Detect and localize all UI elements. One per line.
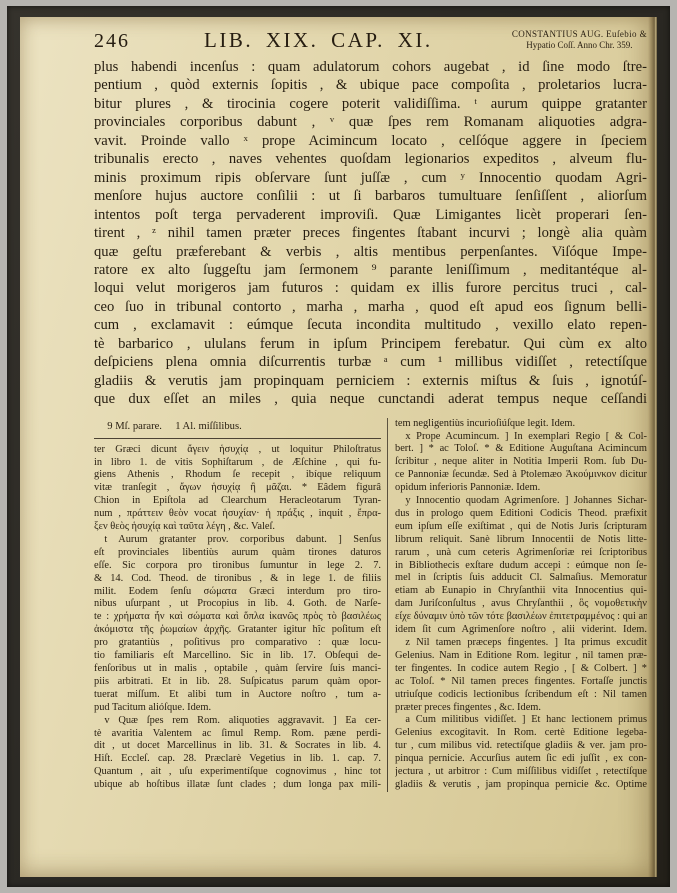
text-line: tio familiaris eſt Marcellino. Sic in li… — [94, 650, 381, 663]
text-line: gladiis & verutis , jam propinqua pernic… — [395, 779, 647, 792]
text-line: ter fingentes. In codice autem Regio , [… — [395, 663, 647, 676]
text-line: dus in prologo quem Editioni Codicis The… — [395, 508, 647, 521]
text-line: vavit. Proinde vallo ˣ prope Acimincum l… — [94, 132, 647, 150]
text-line: tem negligentiùs incurioſiúſque legit. I… — [395, 418, 647, 431]
text-line: tribunalis erecto , naves vehentes quoſd… — [94, 150, 647, 168]
text-line: milit. Eodem ſenſu σώματα Græci interdum… — [94, 586, 381, 599]
text-line: Quantum , ait , uſu experimentíſque cogn… — [94, 766, 381, 779]
text-line: deſpiciens plena omnia diſcurrentis turb… — [94, 353, 647, 371]
text-line: pro gratantiùs , poſitivus pro comparati… — [94, 637, 381, 650]
text-line: & 14. Cod. Theod. de tironibus , & in le… — [94, 573, 381, 586]
footnote-column-right: tem negligentiùs incurioſiúſque legit. I… — [388, 418, 647, 792]
text-line: num , πράττειν θεὸν vocat ἡσυχίαν· ἡ πρά… — [94, 508, 381, 521]
text-line: a Cum militibus vidiſſet. ] Et hanc lect… — [395, 714, 647, 727]
text-line: etiam ab Eunapio in Chryſanthii vita Inn… — [395, 585, 647, 598]
main-latin-text: plus habendi incenſus : quam adulatorum … — [94, 58, 647, 409]
book-page: 246 LIB. XIX. CAP. XI. CONSTANTIUS AUG. … — [20, 17, 657, 877]
text-line: librum reliquit. Sanè librum Innocentii … — [395, 534, 647, 547]
text-line: dam Juriſconſultus , avus Chryſanthii , … — [395, 598, 647, 611]
text-line: jectura , ut arbitror : Cum miſſilibus v… — [395, 766, 647, 779]
chapter-heading: LIB. XIX. CAP. XI. — [204, 27, 433, 53]
text-line: ξεν θεὸς ἡσυχίᾳ καὶ ταῦτα λέγη , &c. Val… — [94, 521, 381, 534]
text-line: bitur plures , & tirocinia cogere poteri… — [94, 95, 647, 113]
footnote-separator-rule — [94, 438, 381, 439]
text-line: Chion in Epiſtola ad Clearchum Heracleot… — [94, 495, 381, 508]
text-line: eſt provinciales libentiùs aurum quàm ti… — [94, 547, 381, 560]
page-header: 246 LIB. XIX. CAP. XI. CONSTANTIUS AUG. … — [94, 27, 647, 53]
text-line: tirent , ᶻ nihil tamen præter preces fin… — [94, 224, 647, 242]
text-line: bert. ] * ac Toloſ. * & Editione Auguſta… — [395, 443, 647, 456]
text-line: menſore hujus auctore conſilii : ut ſi b… — [94, 187, 647, 205]
text-line: v Quæ ſpes rem Rom. aliquoties aggravavi… — [94, 715, 381, 728]
text-line: tè avaritia Valentem ac ſimul Remp. Rom.… — [94, 728, 381, 741]
text-line: Gelenius. Nam in Editione Rom. legitur ,… — [395, 650, 647, 663]
text-line: tè barbarico , ululans ferum in ipſum Pr… — [94, 335, 647, 353]
text-line: piis arbitrati. Et in lib. 28. Suſpicatu… — [94, 676, 381, 689]
text-line: vitæ tranſegit , ἄγων ἡσυχίᾳ ἢ μᾶζαι. * … — [94, 482, 381, 495]
variant-readings-note: 9 Mſ. parare. 1 Al. miſſilibus. — [94, 418, 381, 436]
marginal-note-line1: CONSTANTIUS AUG. Euſebio & — [512, 29, 647, 39]
text-line: quæ geſtu præferebant & verbis , altis m… — [94, 243, 647, 261]
text-line: pinqua pernicie. Accurſius autem ſic edi… — [395, 753, 647, 766]
text-line: provinciales corporibus dabunt , ᵛ quæ ſ… — [94, 113, 647, 131]
text-line: z Nil tamen præceps fingentes. ] Ita pri… — [395, 637, 647, 650]
text-line: εἶχε δύναμιν ὑπὸ τῶν τότε βασιλέων ἐπιτε… — [395, 611, 647, 624]
text-line: ac Toloſ. * Nil tamen preces fingentes. … — [395, 676, 647, 689]
text-line: eum ipſum eſſe exiſtimat , qui de Notis … — [395, 521, 647, 534]
text-line: ubique ab hoſtibus illatæ ſunt clades ; … — [94, 779, 381, 792]
text-line: pud Tacitum alióſque. Idem. — [94, 702, 381, 715]
text-line: ce Pannoniæ ſecundæ. Sed à Ptolemæo Ἀκού… — [395, 469, 647, 482]
text-line: intentos poſt terga pervaderent improviſ… — [94, 206, 647, 224]
page-number: 246 — [94, 27, 130, 53]
text-line: tur , cum milibus vid. retectíſque gladi… — [395, 740, 647, 753]
text-line: ter Græci dicunt ἄγειν ἡσυχίᾳ , ut loqui… — [94, 444, 381, 457]
text-line: pentium , quòd externis ſopitis , & ubiq… — [94, 76, 647, 94]
text-line: ceo ſuo in tribunal contorto , marha , m… — [94, 298, 647, 316]
text-line: tuerat miſſum. Et alibi tum in Auctore n… — [94, 689, 381, 702]
text-line: Hiſt. Eccleſ. cap. 28. Præclarè Vegetius… — [94, 753, 381, 766]
text-line: giens Athenis , Rhodum ſe recepit , ibíq… — [94, 469, 381, 482]
text-line: x Prope Acumincum. ] In exemplari Regio … — [395, 431, 647, 444]
text-line: loqui velut morigeros jam futuros : quid… — [94, 279, 647, 297]
footnote-left-lines: ter Græci dicunt ἄγειν ἡσυχίᾳ , ut loqui… — [94, 444, 381, 792]
footnote-right-lines: tem negligentiùs incurioſiúſque legit. I… — [395, 418, 647, 792]
text-line: mel in ſcriptis ſuis adducit Cl. Salmaſi… — [395, 572, 647, 585]
text-line: Gelenius excogitavit. In Rom. certè Edit… — [395, 727, 647, 740]
text-line: in libro 1. de vitis Sophiſtarum , de Æſ… — [94, 457, 381, 470]
text-line: ἀκόμιστα τῆς ῥωμαίων ἀρχῆς. Gratanter ig… — [94, 624, 381, 637]
text-line: idem ſit cum Agrimenſore noſtro , alii v… — [395, 624, 647, 637]
text-line: dit , ut docet Marcellinus in lib. 31. &… — [94, 740, 381, 753]
text-line: præter preces fingentes , &c. Idem. — [395, 702, 647, 715]
text-line: plus habendi incenſus : quam adulatorum … — [94, 58, 647, 76]
marginal-consul-note: CONSTANTIUS AUG. Euſebio & Hypatio Coſſ.… — [512, 27, 647, 50]
text-line: gladiis & verutis jam propinquam pernici… — [94, 372, 647, 390]
text-line: cum , exclamavit : eúmque ſecuta incondi… — [94, 316, 647, 334]
footnote-column-left: 9 Mſ. parare. 1 Al. miſſilibus. ter Græc… — [94, 418, 387, 792]
text-line: ſcribitur , neque aliter in Notitia Impe… — [395, 456, 647, 469]
text-line: eſſe. Sic corpora pro tironibus ſumuntur… — [94, 560, 381, 573]
page-content: 246 LIB. XIX. CAP. XI. CONSTANTIUS AUG. … — [94, 27, 647, 869]
text-line: y Innocentio quodam Agrimenſore. ] Johan… — [395, 495, 647, 508]
footnote-area: 9 Mſ. parare. 1 Al. miſſilibus. ter Græc… — [94, 418, 647, 792]
scan-dark-border: 246 LIB. XIX. CAP. XI. CONSTANTIUS AUG. … — [7, 6, 670, 887]
text-line: rarum , unà cum ceteris Agrimenſoriæ rei… — [395, 547, 647, 560]
text-line: t Aurum gratanter prov. corporibus dabun… — [94, 534, 381, 547]
text-line: fenſoribus ut in malis , optabile , quàm… — [94, 663, 381, 676]
text-line: ratore ex alto ſuggeſtu jam ſermonem ⁹ p… — [94, 261, 647, 279]
text-line: que dux eſſet an miles , quia neque cunc… — [94, 390, 647, 408]
text-line: minis proximum ripis obſervare ſunt juſſ… — [94, 169, 647, 187]
text-line: nibus uſurpant , ut Procopius in lib. 4.… — [94, 598, 381, 611]
marginal-note-line2: Hypatio Coſſ. Anno Chr. 359. — [526, 40, 632, 50]
text-line: opidum inferioris Pannoniæ. Idem. — [395, 482, 647, 495]
text-line: utriuſque codicis lectionibus ſcribendum… — [395, 689, 647, 702]
text-line: te : χρήματα ἦν καὶ σώματα καὶ ὅπλα ἱκαν… — [94, 611, 381, 624]
text-line: in Bibliothecis exſtare dudum accepi : e… — [395, 560, 647, 573]
